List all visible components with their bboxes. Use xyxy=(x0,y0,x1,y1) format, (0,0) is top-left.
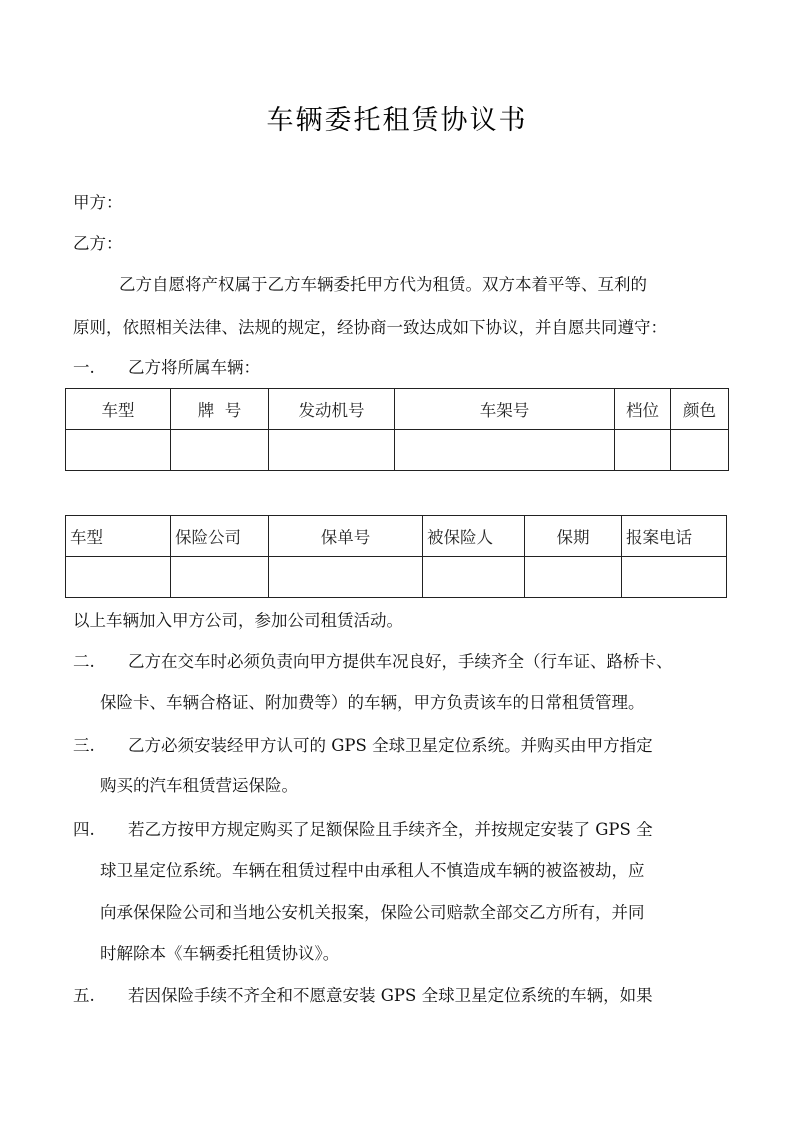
table-cell xyxy=(525,557,622,598)
document-title: 车辆委托租赁协议书 xyxy=(0,98,794,137)
table-row xyxy=(66,557,727,598)
table-cell xyxy=(615,430,671,471)
table-cell xyxy=(269,430,395,471)
header-cell: 保期 xyxy=(525,516,622,557)
table-cell xyxy=(66,430,171,471)
clause-number: 三. xyxy=(73,736,128,756)
header-cell: 保险公司 xyxy=(171,516,269,557)
table-cell xyxy=(671,430,729,471)
header-cell: 发动机号 xyxy=(269,389,395,430)
header-cell: 车架号 xyxy=(395,389,615,430)
clause-5: 五.若因保险手续不齐全和不愿意安装 GPS 全球卫星定位系统的车辆，如果 xyxy=(73,986,653,1006)
header-cell: 报案电话 xyxy=(622,516,727,557)
clause-4-line-4: 时解除本《车辆委托租赁协议》。 xyxy=(100,944,339,964)
vehicle-table: 车型 牌 号 发动机号 车架号 档位 颜色 xyxy=(65,388,729,471)
table-cell xyxy=(269,557,423,598)
clause-text: 乙方在交车时必须负责向甲方提供车况良好，手续齐全（行车证、路桥卡、 xyxy=(128,652,673,671)
table-cell xyxy=(171,557,269,598)
insurance-table: 车型 保险公司 保单号 被保险人 保期 报案电话 xyxy=(65,515,727,598)
clause-text: 乙方必须安装经甲方认可的 GPS 全球卫星定位系统。并购买由甲方指定 xyxy=(128,736,653,755)
intro-paragraph-line-2: 原则，依照相关法律、法规的规定，经协商一致达成如下协议，并自愿共同遵守： xyxy=(73,318,667,338)
header-cell: 车型 xyxy=(66,516,171,557)
header-cell: 牌 号 xyxy=(171,389,269,430)
header-cell: 保单号 xyxy=(269,516,423,557)
clause-number: 二. xyxy=(73,652,128,672)
clause-number: 四. xyxy=(73,820,128,840)
clause-4-line-2: 球卫星定位系统。车辆在租赁过程中由承租人不慎造成车辆的被盗被劫，应 xyxy=(100,861,645,881)
clause-number: 一. xyxy=(73,358,128,378)
intro-paragraph-line-1: 乙方自愿将产权属于乙方车辆委托甲方代为租赁。双方本着平等、互利的 xyxy=(119,275,647,295)
header-cell: 档位 xyxy=(615,389,671,430)
table-cell xyxy=(622,557,727,598)
header-cell: 颜色 xyxy=(671,389,729,430)
table-row xyxy=(66,430,729,471)
header-cell: 被保险人 xyxy=(423,516,525,557)
table-header-row: 车型 牌 号 发动机号 车架号 档位 颜色 xyxy=(66,389,729,430)
party-a-label: 甲方： xyxy=(73,193,123,213)
table-cell xyxy=(171,430,269,471)
header-cell: 车型 xyxy=(66,389,171,430)
clause-number: 五. xyxy=(73,986,128,1006)
clause-1: 一.乙方将所属车辆： xyxy=(73,358,260,378)
party-b-label: 乙方： xyxy=(73,234,123,254)
clause-4-line-3: 向承保保险公司和当地公安机关报案，保险公司赔款全部交乙方所有，并同 xyxy=(100,903,645,923)
table-cell xyxy=(395,430,615,471)
table-cell xyxy=(423,557,525,598)
table-header-row: 车型 保险公司 保单号 被保险人 保期 报案电话 xyxy=(66,516,727,557)
clause-3-line-2: 购买的汽车租赁营运保险。 xyxy=(100,776,298,796)
clause-3: 三.乙方必须安装经甲方认可的 GPS 全球卫星定位系统。并购买由甲方指定 xyxy=(73,736,653,756)
after-tables-note: 以上车辆加入甲方公司，参加公司租赁活动。 xyxy=(73,611,403,631)
clause-2-line-2: 保险卡、车辆合格证、附加费等）的车辆，甲方负责该车的日常租赁管理。 xyxy=(100,693,645,713)
clause-4: 四.若乙方按甲方规定购买了足额保险且手续齐全，并按规定安装了 GPS 全 xyxy=(73,820,653,840)
clause-text: 若乙方按甲方规定购买了足额保险且手续齐全，并按规定安装了 GPS 全 xyxy=(128,820,653,839)
clause-text: 乙方将所属车辆： xyxy=(128,358,260,377)
table-cell xyxy=(66,557,171,598)
clause-text: 若因保险手续不齐全和不愿意安装 GPS 全球卫星定位系统的车辆，如果 xyxy=(128,986,653,1005)
clause-2: 二.乙方在交车时必须负责向甲方提供车况良好，手续齐全（行车证、路桥卡、 xyxy=(73,652,673,672)
